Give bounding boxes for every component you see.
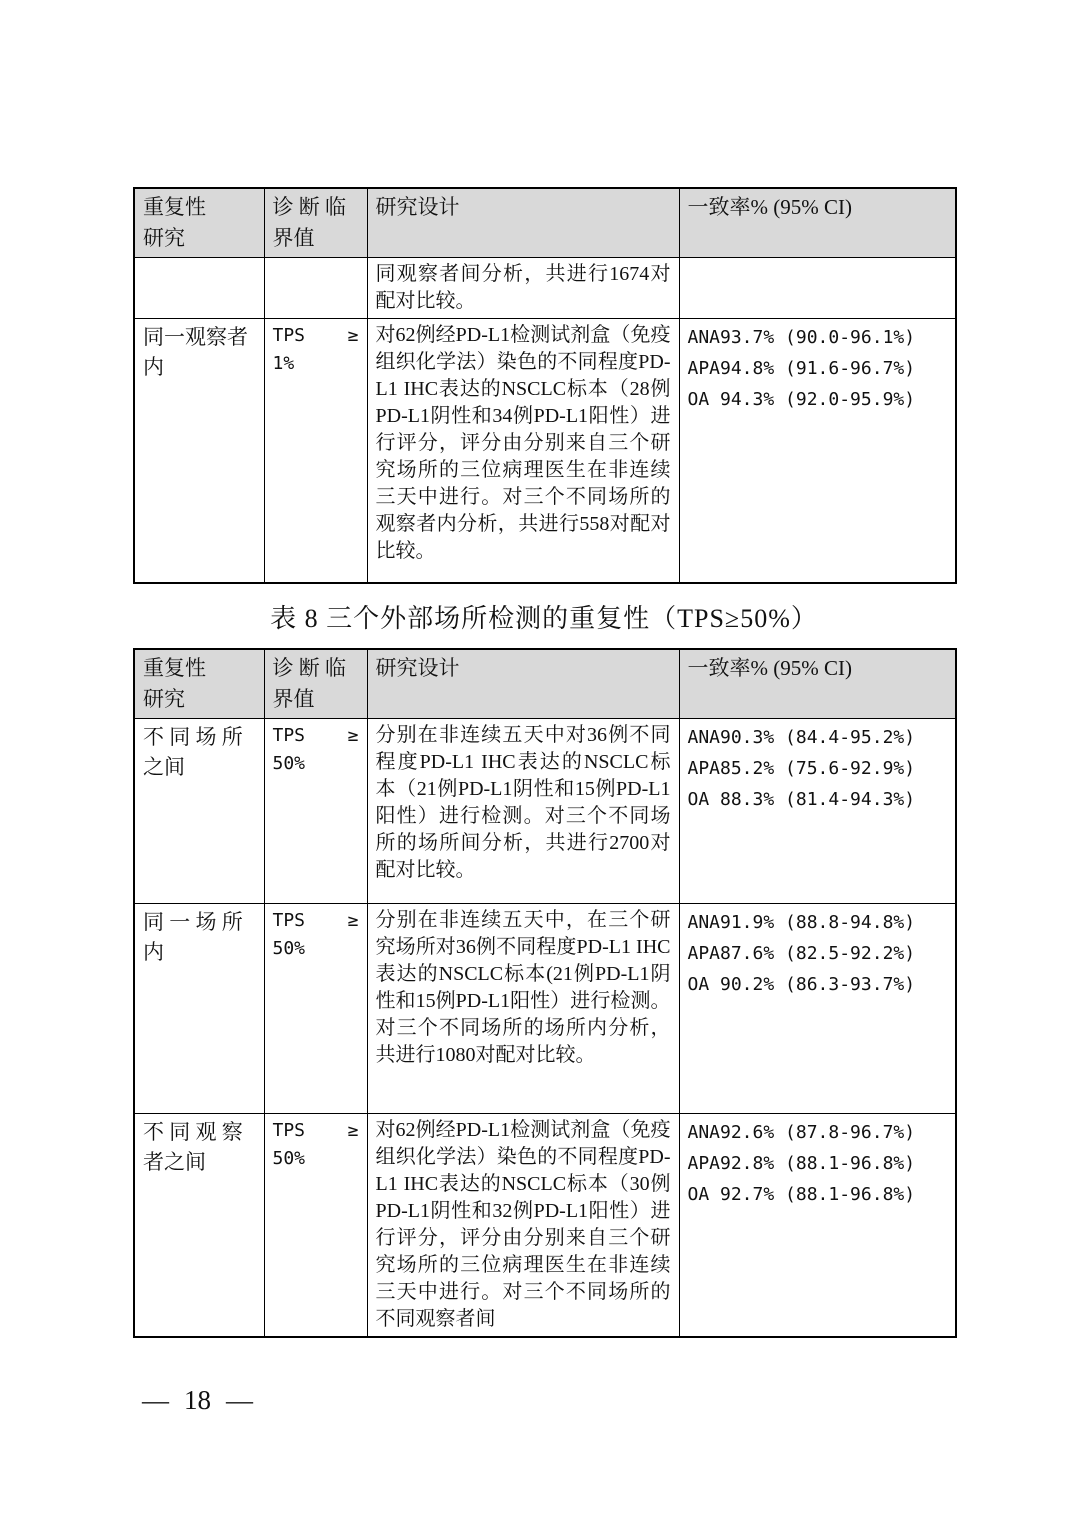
result-line: APA92.8% (88.1-96.8%) bbox=[688, 1148, 948, 1179]
result-line: APA85.2% (75.6-92.9%) bbox=[688, 753, 948, 784]
cutoff-label: TPS bbox=[273, 1117, 306, 1145]
study-type-cell: 不 同 场 所 之间 bbox=[134, 719, 264, 904]
results-cell: ANA92.6% (87.8-96.7%) APA92.8% (88.1-96.… bbox=[679, 1114, 956, 1338]
cutoff-operator: ≥ bbox=[348, 907, 359, 935]
result-line: OA 94.3% (92.0-95.9%) bbox=[688, 384, 948, 415]
design-cell: 同观察者间分析，共进行1674对配对比较。 bbox=[367, 258, 679, 319]
design-cell: 分别在非连续五天中对36例不同程度PD-L1 IHC表达的NSCLC标本（21例… bbox=[367, 719, 679, 904]
table-row: 不 同 场 所 之间 TPS ≥ 50% 分别在非连续五天中对36例不同程度PD… bbox=[134, 719, 956, 904]
cutoff-value: 50% bbox=[273, 1145, 359, 1173]
cutoff-operator: ≥ bbox=[348, 722, 359, 750]
table-row: 同一观察者 内 TPS ≥ 1% 对62例经PD-L1检测试剂盒（免疫组织化学法… bbox=[134, 319, 956, 584]
table8-caption: 表 8 三个外部场所检测的重复性（TPS≥50%） bbox=[133, 584, 955, 648]
cutoff-cell: TPS ≥ 1% bbox=[264, 319, 367, 584]
table-header-row: 重复性 研究 诊 断 临 界值 研究设计 一致率% (95% CI) bbox=[134, 188, 956, 258]
result-line: ANA92.6% (87.8-96.7%) bbox=[688, 1117, 948, 1148]
cutoff-cell: TPS ≥ 50% bbox=[264, 719, 367, 904]
study-type-cell: 同 一 场 所 内 bbox=[134, 904, 264, 1114]
footer-left-dash: — bbox=[142, 1385, 169, 1416]
result-line: OA 92.7% (88.1-96.8%) bbox=[688, 1179, 948, 1210]
cutoff-value: 50% bbox=[273, 750, 359, 778]
column-header-study: 重复性 研究 bbox=[134, 188, 264, 258]
result-line: OA 90.2% (86.3-93.7%) bbox=[688, 969, 948, 1000]
results-cell: ANA90.3% (84.4-95.2%) APA85.2% (75.6-92.… bbox=[679, 719, 956, 904]
study-type-cell bbox=[134, 258, 264, 319]
reproducibility-table-tps50: 重复性 研究 诊 断 临 界值 研究设计 一致率% (95% CI) 不 同 场… bbox=[133, 648, 957, 1338]
column-header-design: 研究设计 bbox=[367, 188, 679, 258]
cutoff-operator: ≥ bbox=[348, 322, 359, 350]
study-type-cell: 同一观察者 内 bbox=[134, 319, 264, 584]
result-line: ANA90.3% (84.4-95.2%) bbox=[688, 722, 948, 753]
column-header-cutoff: 诊 断 临 界值 bbox=[264, 188, 367, 258]
column-header-concordance: 一致率% (95% CI) bbox=[679, 188, 956, 258]
cutoff-cell bbox=[264, 258, 367, 319]
table-row: 不 同 观 察 者之间 TPS ≥ 50% 对62例经PD-L1检测试剂盒（免疫… bbox=[134, 1114, 956, 1338]
result-line: APA87.6% (82.5-92.2%) bbox=[688, 938, 948, 969]
cutoff-operator: ≥ bbox=[348, 1117, 359, 1145]
result-line: ANA93.7% (90.0-96.1%) bbox=[688, 322, 948, 353]
page-number: 18 bbox=[184, 1385, 211, 1416]
result-line: OA 88.3% (81.4-94.3%) bbox=[688, 784, 948, 815]
cutoff-label: TPS bbox=[273, 722, 306, 750]
table-row: 同观察者间分析，共进行1674对配对比较。 bbox=[134, 258, 956, 319]
column-header-design: 研究设计 bbox=[367, 649, 679, 719]
table-header-row: 重复性 研究 诊 断 临 界值 研究设计 一致率% (95% CI) bbox=[134, 649, 956, 719]
design-cell: 分别在非连续五天中，在三个研究场所对36例不同程度PD-L1 IHC表达的NSC… bbox=[367, 904, 679, 1114]
footer-right-dash: — bbox=[226, 1385, 253, 1416]
cutoff-cell: TPS ≥ 50% bbox=[264, 904, 367, 1114]
table-row: 同 一 场 所 内 TPS ≥ 50% 分别在非连续五天中，在三个研究场所对36… bbox=[134, 904, 956, 1114]
cutoff-value: 1% bbox=[273, 350, 359, 378]
study-type-cell: 不 同 观 察 者之间 bbox=[134, 1114, 264, 1338]
results-cell: ANA93.7% (90.0-96.1%) APA94.8% (91.6-96.… bbox=[679, 319, 956, 584]
result-line: APA94.8% (91.6-96.7%) bbox=[688, 353, 948, 384]
document-page: 重复性 研究 诊 断 临 界值 研究设计 一致率% (95% CI) 同观察者间… bbox=[133, 187, 955, 1338]
cutoff-value: 50% bbox=[273, 935, 359, 963]
cutoff-label: TPS bbox=[273, 907, 306, 935]
column-header-concordance: 一致率% (95% CI) bbox=[679, 649, 956, 719]
column-header-study: 重复性 研究 bbox=[134, 649, 264, 719]
cutoff-cell: TPS ≥ 50% bbox=[264, 1114, 367, 1338]
reproducibility-table-tps1: 重复性 研究 诊 断 临 界值 研究设计 一致率% (95% CI) 同观察者间… bbox=[133, 187, 957, 584]
column-header-cutoff: 诊 断 临 界值 bbox=[264, 649, 367, 719]
results-cell bbox=[679, 258, 956, 319]
design-cell: 对62例经PD-L1检测试剂盒（免疫组织化学法）染色的不同程度PD-L1 IHC… bbox=[367, 1114, 679, 1338]
result-line: ANA91.9% (88.8-94.8%) bbox=[688, 907, 948, 938]
design-cell: 对62例经PD-L1检测试剂盒（免疫组织化学法）染色的不同程度PD-L1 IHC… bbox=[367, 319, 679, 584]
results-cell: ANA91.9% (88.8-94.8%) APA87.6% (82.5-92.… bbox=[679, 904, 956, 1114]
page-footer: — 18 — bbox=[142, 1385, 253, 1416]
cutoff-label: TPS bbox=[273, 322, 306, 350]
